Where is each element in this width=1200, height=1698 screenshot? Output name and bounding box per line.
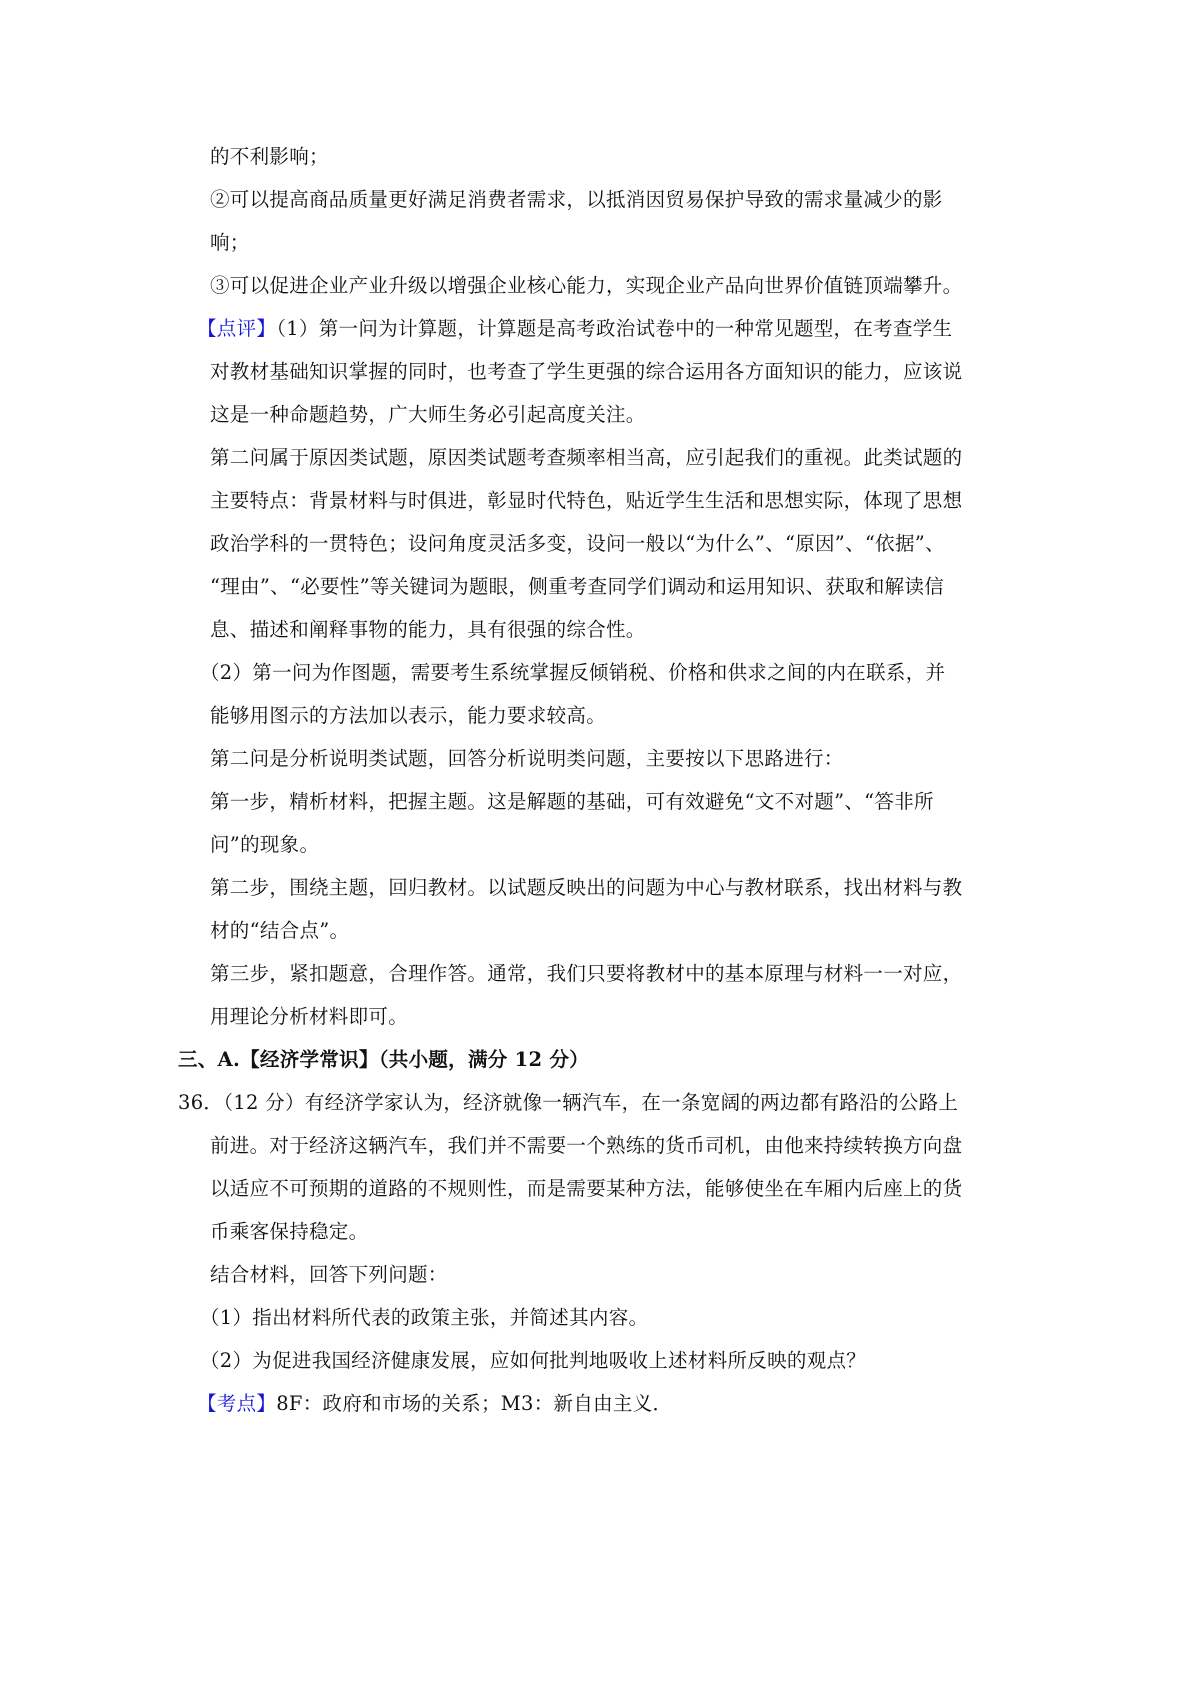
answer-point-3: ③可以促进企业产业升级以增强企业核心能力，实现企业产品向世界价值链顶端攀升。 <box>210 274 962 298</box>
question-36-prompt: 结合材料，回答下列问题： <box>210 1263 448 1287</box>
review-text: 这是一种命题趋势，广大师生务必引起高度关注。 <box>210 403 646 427</box>
review-text: 第二问属于原因类试题，原因类试题考查频率相当高，应引起我们的重视。此类试题的 <box>210 446 962 470</box>
review-text: （1）第一问为计算题，计算题是高考政治试卷中的一种常见题型，在考查学生 <box>276 317 952 340</box>
review-text: 第一步，精析材料，把握主题。这是解题的基础，可有效避免“文不对题”、“答非所 <box>210 790 934 814</box>
review-text: （2）第一问为作图题，需要考生系统掌握反倾销税、价格和供求之间的内在联系，并 <box>200 661 945 685</box>
review-text: 用理论分析材料即可。 <box>210 1005 408 1029</box>
review-text: 息、描述和阐释事物的能力，具有很强的综合性。 <box>210 618 646 642</box>
kaodian-text: 8F：政府和市场的关系；M3：新自由主义． <box>276 1392 672 1415</box>
review-text: 主要特点：背景材料与时俱进，彰显时代特色，贴近学生生活和思想实际，体现了思想 <box>210 489 962 513</box>
section-heading: 三、A.【经济学常识】（共小题，满分 12 分） <box>178 1048 589 1072</box>
review-text: 政治学科的一贯特色；设问角度灵活多变，设问一般以“为什么”、“原因”、“依据”、 <box>210 532 945 556</box>
review-text: 对教材基础知识掌握的同时，也考查了学生更强的综合运用各方面知识的能力，应该说 <box>210 360 962 384</box>
review-text: 第二问是分析说明类试题，回答分析说明类问题，主要按以下思路进行： <box>210 747 844 771</box>
kaodian-tag: 【考点】 <box>197 1392 276 1415</box>
question-36-sub-2: （2）为促进我国经济健康发展，应如何批判地吸收上述材料所反映的观点？ <box>200 1349 866 1373</box>
review-text: 问”的现象。 <box>210 833 319 857</box>
question-36-text: 36．（12 分）有经济学家认为，经济就像一辆汽车，在一条宽阔的两边都有路沿的公… <box>178 1091 958 1115</box>
answer-text: 的不利影响； <box>210 145 329 169</box>
review-text: 第二步，围绕主题，回归教材。以试题反映出的问题为中心与教材联系，找出材料与教 <box>210 876 962 900</box>
review-paragraph: 【点评】（1）第一问为计算题，计算题是高考政治试卷中的一种常见题型，在考查学生 <box>197 317 952 341</box>
review-text: 能够用图示的方法加以表示，能力要求较高。 <box>210 704 606 728</box>
review-tag: 【点评】 <box>197 317 276 340</box>
document-page: 的不利影响； ②可以提高商品质量更好满足消费者需求，以抵消因贸易保护导致的需求量… <box>0 0 1200 1698</box>
question-36-text: 前进。对于经济这辆汽车，我们并不需要一个熟练的货币司机，由他来持续转换方向盘 <box>210 1134 962 1158</box>
review-text: 材的“结合点”。 <box>210 919 349 943</box>
question-36-text: 币乘客保持稳定。 <box>210 1220 368 1244</box>
review-text: “理由”、“必要性”等关键词为题眼，侧重考查同学们调动和运用知识、获取和解读信 <box>210 575 944 599</box>
question-36-text: 以适应不可预期的道路的不规则性，而是需要某种方法，能够使坐在车厢内后座上的货 <box>210 1177 962 1201</box>
review-text: 第三步，紧扣题意，合理作答。通常，我们只要将教材中的基本原理与材料一一对应， <box>210 962 962 986</box>
kaodian-paragraph: 【考点】8F：政府和市场的关系；M3：新自由主义． <box>197 1392 672 1416</box>
answer-text: 响； <box>210 231 250 255</box>
question-36-sub-1: （1）指出材料所代表的政策主张，并简述其内容。 <box>200 1306 648 1330</box>
answer-point-2: ②可以提高商品质量更好满足消费者需求，以抵消因贸易保护导致的需求量减少的影 <box>210 188 943 212</box>
